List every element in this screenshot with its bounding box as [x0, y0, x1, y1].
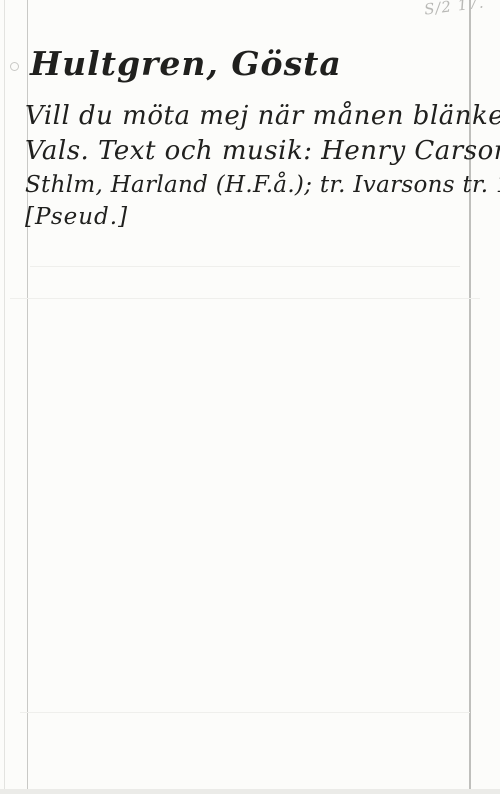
- publication-line: Sthlm, Harland (H.F.å.); tr. Ivarsons tr…: [25, 172, 500, 198]
- song-title-line: Vill du möta mej när månen blänker,: [25, 101, 500, 131]
- scan-streak: [30, 266, 460, 267]
- scan-bottom-edge: [0, 789, 500, 794]
- catalog-card-scan: S/2 17. Hultgren, Gösta Vill du möta mej…: [0, 0, 500, 794]
- pseudonym-note: [Pseud.]: [25, 204, 128, 230]
- scan-streak: [20, 712, 470, 713]
- card-edge-line-left: [4, 0, 5, 794]
- scan-streak: [10, 298, 480, 299]
- hole-punch-mark: [10, 62, 19, 71]
- genre-credits-line: Vals. Text och musik: Henry Carson,: [25, 136, 500, 166]
- entry-heading-name: Hultgren, Gösta: [30, 44, 342, 83]
- pencil-shelfmark-note: S/2 17.: [423, 0, 485, 19]
